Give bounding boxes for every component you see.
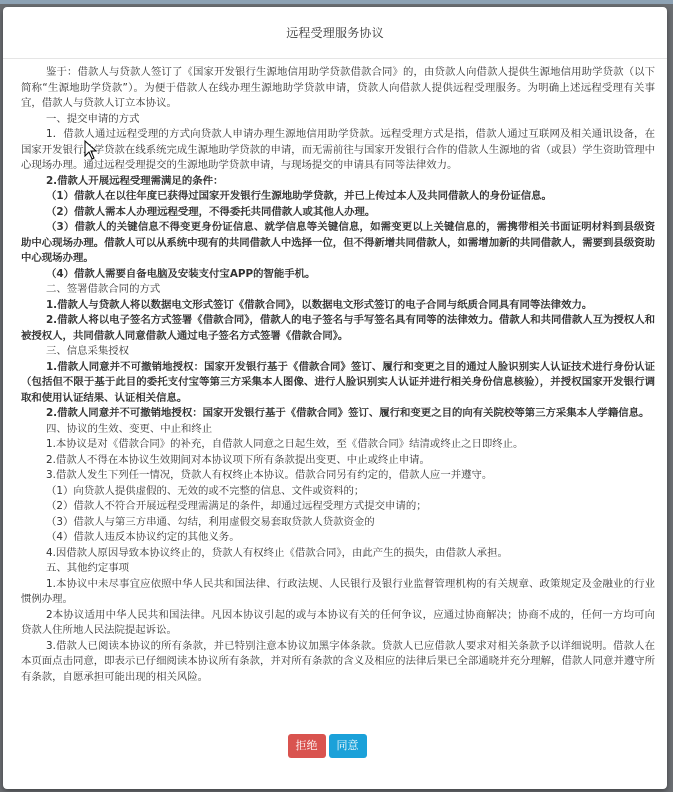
agreement-paragraph: 3.借款人发生下列任一情况，贷款人有权终止本协议。借款合同另有约定的，借款人应一… bbox=[21, 468, 655, 484]
agreement-paragraph: 五、其他约定事项 bbox=[21, 561, 655, 577]
agreement-body[interactable]: 鉴于：借款人与贷款人签订了《国家开发银行生源地信用助学贷款借款合同》的，由贷款人… bbox=[3, 59, 667, 685]
agreement-paragraph: （1）向贷款人提供虚假的、无效的或不完整的信息、文件或资料的； bbox=[21, 484, 655, 500]
modal-header: 远程受理服务协议 bbox=[3, 7, 667, 59]
agreement-paragraph: 1．借款人通过远程受理的方式向贷款人申请办理生源地信用助学贷款。远程受理方式是指… bbox=[21, 127, 655, 174]
agreement-paragraph: （3）借款人与第三方串通、勾结，利用虚假交易套取贷款人贷款资金的 bbox=[21, 515, 655, 531]
agreement-paragraph: 1.借款人与贷款人将以数据电文形式签订《借款合同》，以数据电文形式签订的电子合同… bbox=[21, 298, 655, 314]
agreement-paragraph: （4）借款人需要自备电脑及安装支付宝APP的智能手机。 bbox=[21, 267, 655, 283]
agreement-paragraph: 2.借款人不得在本协议生效期间对本协议项下所有条款提出变更、中止或终止申请。 bbox=[21, 453, 655, 469]
agreement-paragraph: 4.因借款人原因导致本协议终止的，贷款人有权终止《借款合同》，由此产生的损失，由… bbox=[21, 546, 655, 562]
agreement-modal: 远程受理服务协议 鉴于：借款人与贷款人签订了《国家开发银行生源地信用助学贷款借款… bbox=[3, 7, 667, 789]
agreement-paragraph: 2.借款人开展远程受理需满足的条件： bbox=[21, 174, 655, 190]
mouse-cursor-icon bbox=[84, 140, 98, 160]
agreement-paragraph: 3.借款人已阅读本协议的所有条款，并已特别注意本协议加黑字体条款。贷款人已应借款… bbox=[21, 639, 655, 686]
agreement-paragraph: 二、签署借款合同的方式 bbox=[21, 282, 655, 298]
agreement-paragraph: （2）借款人需本人办理远程受理，不得委托共同借款人或其他人办理。 bbox=[21, 205, 655, 221]
agreement-paragraph: 四、协议的生效、变更、中止和终止 bbox=[21, 422, 655, 438]
modal-title: 远程受理服务协议 bbox=[286, 24, 384, 41]
modal-footer: 拒绝 同意 bbox=[3, 734, 667, 758]
agreement-paragraph: （2）借款人不符合开展远程受理需满足的条件，却通过远程受理方式提交申请的； bbox=[21, 499, 655, 515]
agreement-paragraph: 1.本协议中未尽事宜应依照中华人民共和国法律、行政法规、人民银行及银行业监督管理… bbox=[21, 577, 655, 608]
agreement-paragraph: 鉴于：借款人与贷款人签订了《国家开发银行生源地信用助学贷款借款合同》的，由贷款人… bbox=[21, 65, 655, 112]
reject-button[interactable]: 拒绝 bbox=[288, 734, 326, 758]
agreement-paragraph: （4）借款人违反本协议约定的其他义务。 bbox=[21, 530, 655, 546]
agreement-paragraph: （3）借款人的关键信息不得变更身份证信息、就学信息等关键信息，如需变更以上关键信… bbox=[21, 220, 655, 267]
agreement-paragraph: 三、信息采集授权 bbox=[21, 344, 655, 360]
agreement-paragraph: 2.借款人将以电子签名方式签署《借款合同》，借款人的电子签名与手写签名具有同等的… bbox=[21, 313, 655, 344]
agreement-paragraph: 2.借款人同意并不可撤销地授权：国家开发银行基于《借款合同》签订、履行和变更之目… bbox=[21, 406, 655, 422]
agreement-paragraph: （1）借款人在以往年度已获得过国家开发银行生源地助学贷款，并已上传过本人及共同借… bbox=[21, 189, 655, 205]
agreement-paragraph: 1.借款人同意并不可撤销地授权：国家开发银行基于《借款合同》签订、履行和变更之目… bbox=[21, 360, 655, 407]
agree-button[interactable]: 同意 bbox=[329, 734, 367, 758]
window-frame-top bbox=[0, 0, 673, 4]
agreement-paragraph: 1.本协议是对《借款合同》的补充，自借款人同意之日起生效，至《借款合同》结清或终… bbox=[21, 437, 655, 453]
agreement-paragraph: 一、提交申请的方式 bbox=[21, 112, 655, 128]
agreement-paragraph: 2本协议适用中华人民共和国法律。凡因本协议引起的或与本协议有关的任何争议，应通过… bbox=[21, 608, 655, 639]
